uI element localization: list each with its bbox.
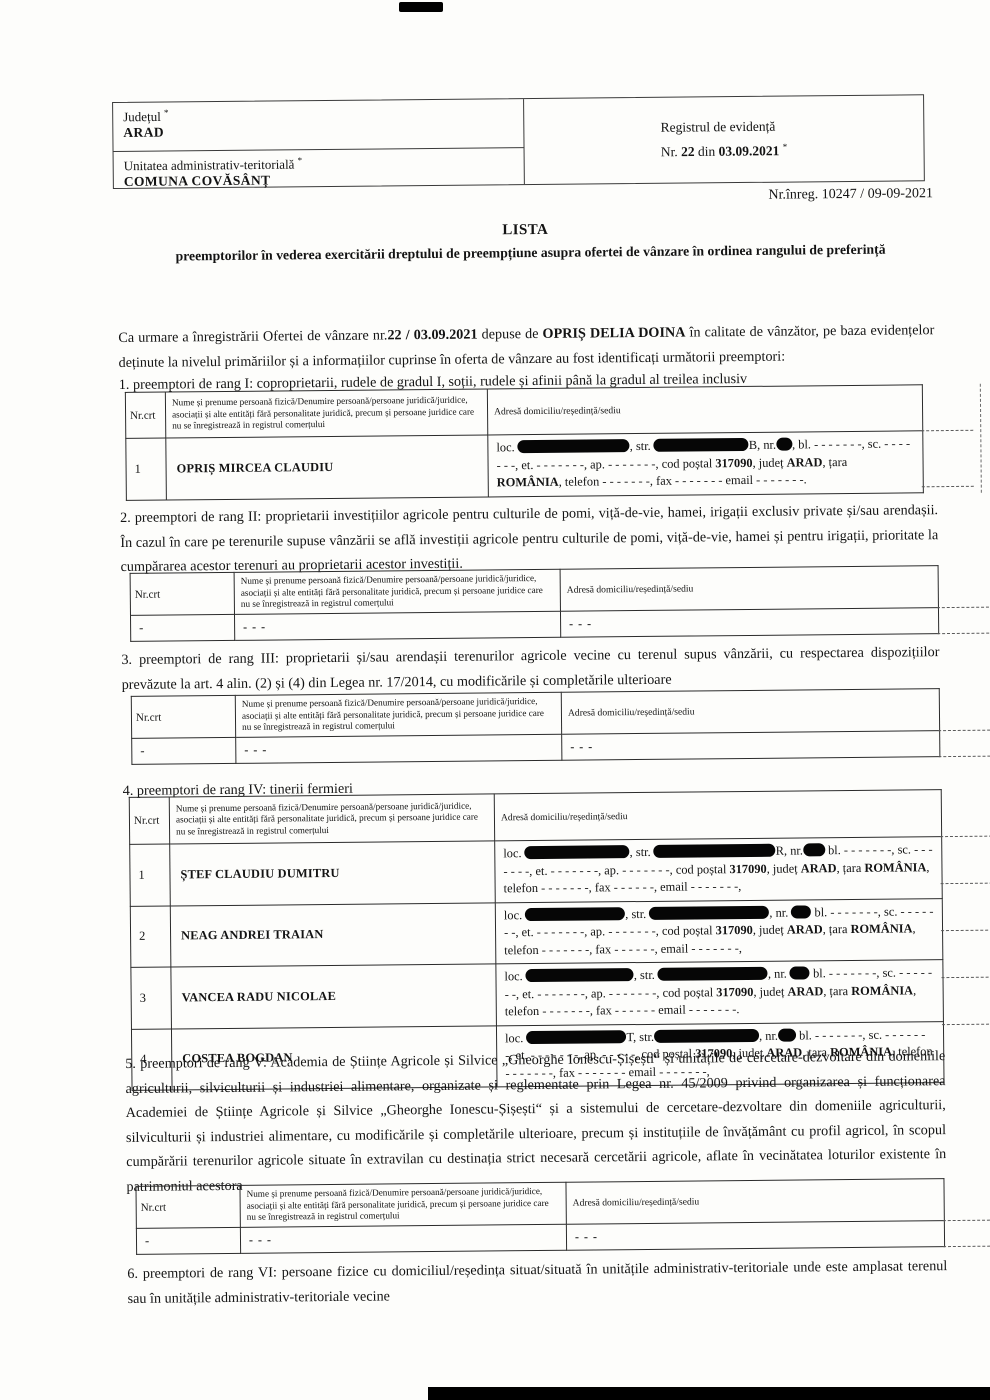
scan-dash-artifact bbox=[941, 930, 990, 931]
registry-value: Nr. 22 din 03.09.2021 * bbox=[661, 137, 788, 163]
scanned-document-page: Județul * ARAD Unitatea administrativ-te… bbox=[0, 0, 990, 1400]
redaction-bar bbox=[525, 907, 625, 921]
preemptors-table-rank-1: Nr.crt Nume și prenume persoană fizică/D… bbox=[125, 384, 924, 500]
redaction-bar bbox=[654, 1028, 759, 1042]
col-nrcrt-header: Nr.crt bbox=[125, 392, 165, 438]
uat-cell: Unitatea administrativ-teritorială * COM… bbox=[114, 148, 524, 188]
address-cell: loc. , str. , nr. bl. - - - - - - -, sc.… bbox=[496, 960, 944, 1026]
preemptors-table-rank-2: Nr.crt Nume și prenume persoană fizică/D… bbox=[130, 565, 940, 642]
redaction-bar bbox=[526, 1030, 626, 1044]
scan-dash-artifact bbox=[938, 756, 990, 757]
section-6-heading: 6. preemptori de rang VI: persoane fizic… bbox=[127, 1254, 947, 1311]
name-cell: - - - bbox=[240, 1224, 566, 1253]
address-cell: - - - bbox=[562, 731, 940, 761]
address-cell: - - - bbox=[566, 1221, 944, 1251]
county-label-text: Județul bbox=[123, 109, 161, 124]
redaction-bar bbox=[778, 1028, 796, 1041]
name-cell: ȘTEF CLAUDIU DUMITRU bbox=[170, 841, 496, 906]
redaction-bar bbox=[654, 438, 749, 452]
scan-content: Județul * ARAD Unitatea administrativ-te… bbox=[0, 0, 990, 1400]
asterisk: * bbox=[783, 142, 788, 152]
scan-dash-artifact bbox=[942, 1024, 990, 1025]
col-address-header: Adresă domiciliu/reședință/sediu bbox=[494, 790, 941, 841]
scan-dash-artifact bbox=[943, 1220, 990, 1221]
redaction-bar bbox=[518, 439, 630, 453]
row-number-cell: 1 bbox=[126, 438, 167, 500]
col-name-header: Nume și prenume persoană fizică/Denumire… bbox=[165, 389, 487, 438]
name-cell: - - - bbox=[236, 734, 562, 763]
col-address-header: Adresă domiciliu/reședință/sediu bbox=[566, 1179, 944, 1225]
scan-dash-artifact bbox=[942, 977, 990, 978]
asterisk: * bbox=[298, 155, 303, 165]
col-nrcrt-header: Nr.crt bbox=[131, 695, 235, 738]
row-number-cell: 3 bbox=[131, 967, 172, 1029]
scan-dash-artifact bbox=[937, 633, 989, 634]
col-name-header: Nume și prenume persoană fizică/Denumire… bbox=[240, 1182, 566, 1227]
preemptors-table-rank-5: Nr.crt Nume și prenume persoană fizică/D… bbox=[135, 1178, 945, 1255]
scan-artifact-top bbox=[399, 2, 443, 12]
scan-dash-artifact bbox=[938, 730, 990, 731]
registry-cell: Registrul de evidență Nr. 22 din 03.09.2… bbox=[524, 95, 924, 184]
row-number-cell: - bbox=[132, 737, 236, 764]
redaction-bar bbox=[654, 844, 776, 858]
table-row: 1 OPRIȘ MIRCEA CLAUDIU loc. , str. B, nr… bbox=[126, 431, 924, 500]
scan-dash-artifact bbox=[940, 836, 990, 837]
redaction-bar bbox=[790, 966, 810, 979]
address-cell: - - - bbox=[560, 608, 938, 638]
col-nrcrt-header: Nr.crt bbox=[129, 797, 169, 844]
table-header-row: Nr.crt Nume și prenume persoană fizică/D… bbox=[129, 790, 941, 845]
row-number-cell: 2 bbox=[130, 906, 171, 968]
scan-dash-artifact bbox=[922, 486, 974, 487]
row-number-cell: 1 bbox=[130, 844, 171, 906]
asterisk: * bbox=[164, 108, 169, 118]
scan-dash-artifact bbox=[980, 384, 982, 493]
redaction-bar bbox=[649, 905, 769, 919]
row-number-cell: - bbox=[136, 1227, 240, 1254]
name-cell: - - - bbox=[234, 611, 560, 640]
table-row: 1 ȘTEF CLAUDIU DUMITRU loc. , str. R, nr… bbox=[130, 837, 943, 906]
county-value: ARAD bbox=[123, 122, 513, 142]
scan-dash-artifact bbox=[941, 883, 990, 884]
col-address-header: Adresă domiciliu/reședință/sediu bbox=[487, 385, 922, 435]
col-name-header: Nume și prenume persoană fizică/Denumire… bbox=[235, 692, 561, 737]
address-cell: loc. , str. R, nr. bl. - - - - - - -, sc… bbox=[495, 837, 943, 903]
redaction-bar bbox=[776, 438, 792, 451]
registry-text: Registrul de evidență Nr. 22 din 03.09.2… bbox=[661, 117, 788, 163]
table-header-row: Nr.crt Nume și prenume persoană fizică/D… bbox=[125, 385, 922, 439]
uat-label-text: Unitatea administrativ-teritorială bbox=[124, 157, 295, 174]
col-address-header: Adresă domiciliu/reședință/sediu bbox=[561, 689, 939, 735]
scan-dash-artifact bbox=[943, 1246, 990, 1247]
row-number-cell: - bbox=[130, 614, 234, 641]
registration-number-line: Nr.înreg. 10247 / 09-09-2021 bbox=[117, 186, 933, 210]
table-row: 3 VANCEA RADU NICOLAE loc. , str. , nr. … bbox=[131, 960, 944, 1029]
document-subtitle: preemptorilor în vederea exercitării dre… bbox=[105, 241, 955, 265]
preemptors-table-rank-3: Nr.crt Nume și prenume persoană fizică/D… bbox=[131, 688, 941, 765]
header-box: Județul * ARAD Unitatea administrativ-te… bbox=[112, 94, 925, 189]
redaction-bar bbox=[526, 968, 634, 982]
address-cell: loc. , str. B, nr., bl. - - - - - - -, s… bbox=[488, 431, 924, 497]
scan-dash-artifact bbox=[921, 430, 973, 431]
county-cell: Județul * ARAD bbox=[113, 99, 523, 152]
name-cell: VANCEA RADU NICOLAE bbox=[171, 964, 497, 1029]
address-cell: loc. , str. , nr. bl. - - - - - - -, sc.… bbox=[495, 898, 943, 964]
col-name-header: Nume și prenume persoană fizică/Denumire… bbox=[169, 794, 494, 844]
scan-artifact-bottom bbox=[428, 1387, 990, 1400]
registry-label: Registrul de evidență bbox=[661, 117, 788, 138]
name-cell: NEAG ANDREI TRAIAN bbox=[170, 902, 496, 967]
table-row: 2 NEAG ANDREI TRAIAN loc. , str. , nr. b… bbox=[130, 898, 943, 967]
name-cell: OPRIȘ MIRCEA CLAUDIU bbox=[166, 435, 489, 500]
document-title: LISTA bbox=[117, 218, 933, 243]
redaction-bar bbox=[803, 843, 825, 856]
col-nrcrt-header: Nr.crt bbox=[130, 572, 234, 615]
header-box-left: Județul * ARAD Unitatea administrativ-te… bbox=[113, 99, 525, 188]
section-5-heading: 5. preemptori de rang V: Academia de Ști… bbox=[125, 1044, 946, 1199]
col-address-header: Adresă domiciliu/reședință/sediu bbox=[560, 566, 938, 612]
uat-value: COMUNA COVĂSÂNȚ bbox=[124, 171, 514, 191]
redaction-bar bbox=[791, 905, 811, 918]
col-name-header: Nume și prenume persoană fizică/Denumire… bbox=[234, 569, 560, 614]
col-nrcrt-header: Nr.crt bbox=[136, 1185, 240, 1228]
redaction-bar bbox=[525, 845, 630, 859]
scan-dash-artifact bbox=[937, 607, 989, 608]
redaction-bar bbox=[658, 967, 768, 981]
